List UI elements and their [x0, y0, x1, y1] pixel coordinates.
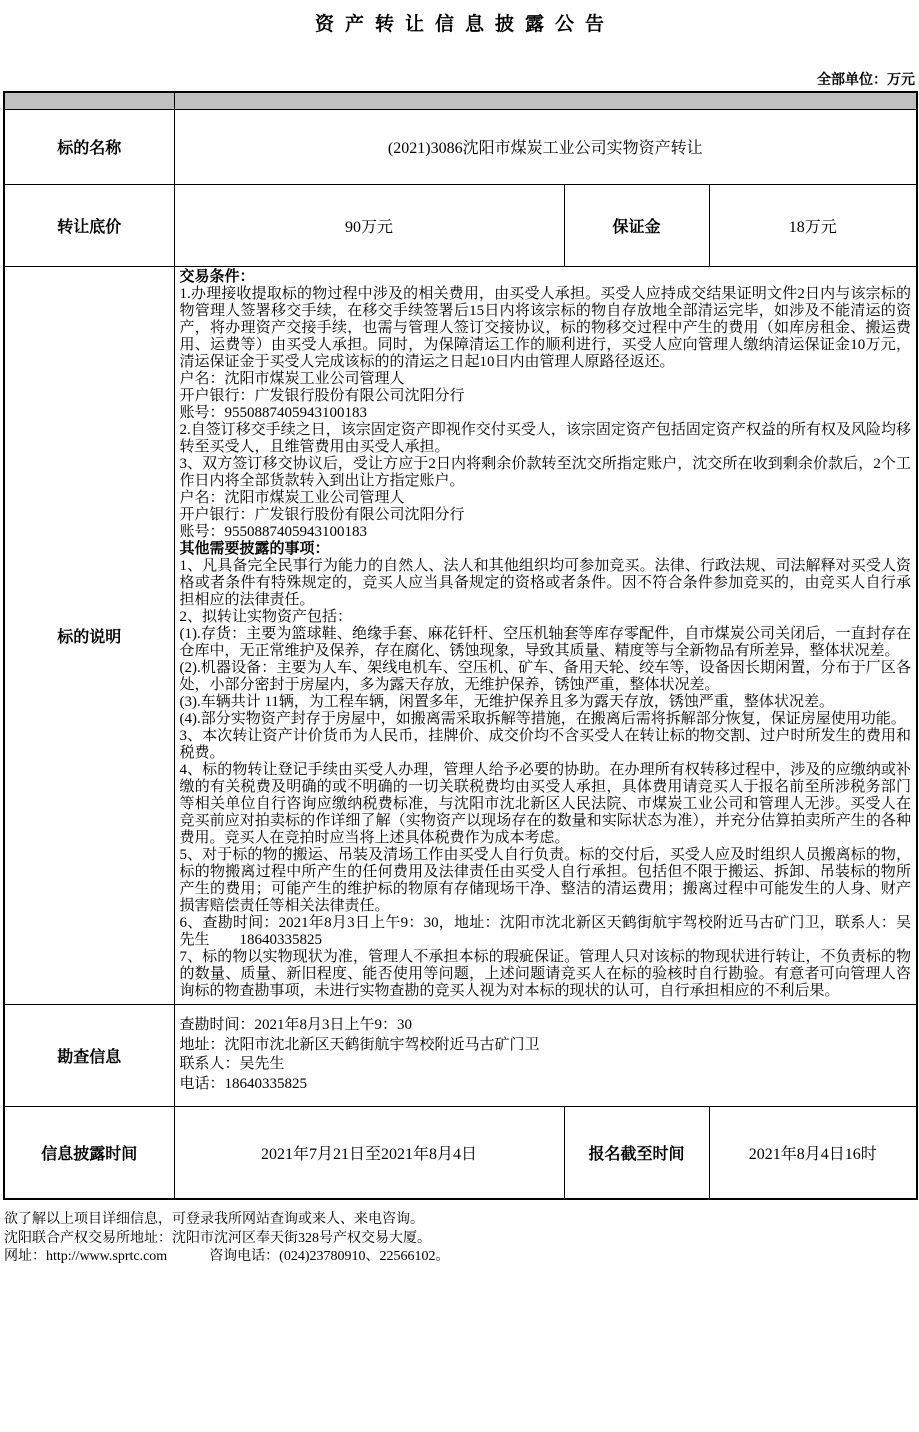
website-url: 网址：http://www.sprtc.com — [4, 1249, 167, 1264]
survey-phone-line: 电话：18640335825 — [180, 1075, 912, 1095]
footer-contact-line: 网址：http://www.sprtc.com咨询电话：(024)2378091… — [4, 1248, 919, 1267]
description-line: 开户银行：广发银行股份有限公司沈阳分行 — [180, 507, 912, 524]
description-line: 户名：沈阳市煤炭工业公司管理人 — [180, 490, 912, 507]
description-line: 3、本次转让资产计价货币为人民币，挂牌价、成交价均不含买受人在转让标的物交割、过… — [180, 728, 912, 762]
page-footer: 欲了解以上项目详细信息，可登录我所网站查询或来人、来电咨询。 沈阳联合产权交易所… — [4, 1211, 919, 1267]
page-title: 资产转让信息披露公告 — [0, 0, 919, 36]
consult-phone: 咨询电话：(024)23780910、22566102。 — [209, 1249, 449, 1264]
description-content: 交易条件： 1.办理接收提取标的物过程中涉及的相关费用，由买受人承担。买受人应持… — [174, 266, 917, 1004]
subject-name-value: (2021)3086沈阳市煤炭工业公司实物资产转让 — [174, 109, 917, 184]
unit-note: 全部单位：万元 — [0, 69, 915, 89]
description-section-heading: 交易条件： — [180, 269, 912, 286]
survey-contact-line: 联系人：吴先生 — [180, 1055, 912, 1075]
disclosure-table: 标的名称 (2021)3086沈阳市煤炭工业公司实物资产转让 转让底价 90万元… — [3, 91, 918, 1200]
description-row: 标的说明 交易条件： 1.办理接收提取标的物过程中涉及的相关费用，由买受人承担。… — [4, 266, 917, 1004]
description-line: 账号：9550887405943100183 — [180, 405, 912, 422]
field-label-registration-deadline: 报名截至时间 — [564, 1106, 709, 1199]
header-cell-left — [4, 92, 174, 109]
registration-deadline-value: 2021年8月4日16时 — [709, 1106, 917, 1199]
description-section-heading: 其他需要披露的事项： — [180, 541, 912, 558]
footer-note-line1: 欲了解以上项目详细信息，可登录我所网站查询或来人、来电咨询。 — [4, 1211, 919, 1230]
field-label-subject-name: 标的名称 — [4, 109, 174, 184]
description-line: 5、对于标的物的搬运、吊装及清场工作由买受人自行负责。标的交付后，买受人应及时组… — [180, 847, 912, 915]
deposit-value: 18万元 — [709, 184, 917, 266]
description-line: 1.办理接收提取标的物过程中涉及的相关费用，由买受人承担。买受人应持成交结果证明… — [180, 286, 912, 371]
field-label-reserve-price: 转让底价 — [4, 184, 174, 266]
survey-info-content: 查勘时间：2021年8月3日上午9：30 地址：沈阳市沈北新区天鹤街航宇驾校附近… — [174, 1004, 917, 1106]
survey-address-line: 地址：沈阳市沈北新区天鹤街航宇驾校附近马古矿门卫 — [180, 1036, 912, 1056]
description-line: 7、标的物以实物现状为准，管理人不承担本标的瑕疵保证。管理人只对该标的物现状进行… — [180, 949, 912, 1000]
description-line: 开户银行：广发银行股份有限公司沈阳分行 — [180, 388, 912, 405]
description-line: 2.自签订移交手续之日，该宗固定资产即视作交付买受人，该宗固定资产包括固定资产权… — [180, 422, 912, 456]
description-line: 3、双方签订移交协议后，受让方应于2日内将剩余价款转至沈交所指定账户，沈交所在收… — [180, 456, 912, 490]
survey-info-row: 勘查信息 查勘时间：2021年8月3日上午9：30 地址：沈阳市沈北新区天鹤街航… — [4, 1004, 917, 1106]
price-row: 转让底价 90万元 保证金 18万元 — [4, 184, 917, 266]
reserve-price-value: 90万元 — [174, 184, 564, 266]
field-label-disclosure-period: 信息披露时间 — [4, 1106, 174, 1199]
description-line: 4、标的物转让登记手续由买受人办理，管理人给予必要的协助。在办理所有权转移过程中… — [180, 762, 912, 847]
description-line: 账号：9550887405943100183 — [180, 524, 912, 541]
table-header-row — [4, 92, 917, 109]
description-line: 户名：沈阳市煤炭工业公司管理人 — [180, 371, 912, 388]
description-line: 1、凡具备完全民事行为能力的自然人、法人和其他组织均可参加竞买。法律、行政法规、… — [180, 558, 912, 609]
disclosure-period-row: 信息披露时间 2021年7月21日至2021年8月4日 报名截至时间 2021年… — [4, 1106, 917, 1199]
survey-time-line: 查勘时间：2021年8月3日上午9：30 — [180, 1016, 912, 1036]
description-line: (4).部分实物资产封存于房屋中，如搬离需采取拆解等措施，在搬离后需将拆解部分恢… — [180, 711, 912, 728]
field-label-deposit: 保证金 — [564, 184, 709, 266]
field-label-survey-info: 勘查信息 — [4, 1004, 174, 1106]
description-line: 6、查勘时间：2021年8月3日上午9：30，地址：沈阳市沈北新区天鹤街航宇驾校… — [180, 915, 912, 949]
description-line: (1).存货：主要为篮球鞋、绝缘手套、麻花钎杆、空压机轴套等库存零配件，自市煤炭… — [180, 626, 912, 660]
description-line: 2、拟转让实物资产包括： — [180, 609, 912, 626]
description-line: (3).车辆共计 11辆，为工程车辆，闲置多年，无维护保养且多为露天存放，锈蚀严… — [180, 694, 912, 711]
footer-note-line2: 沈阳联合产权交易所地址：沈阳市沈河区奉天街328号产权交易大厦。 — [4, 1230, 919, 1249]
header-cell-right — [174, 92, 917, 109]
subject-name-row: 标的名称 (2021)3086沈阳市煤炭工业公司实物资产转让 — [4, 109, 917, 184]
description-line: (2).机器设备：主要为人车、架线电机车、空压机、矿车、备用天轮、绞车等，设备因… — [180, 660, 912, 694]
disclosure-period-value: 2021年7月21日至2021年8月4日 — [174, 1106, 564, 1199]
field-label-description: 标的说明 — [4, 266, 174, 1004]
